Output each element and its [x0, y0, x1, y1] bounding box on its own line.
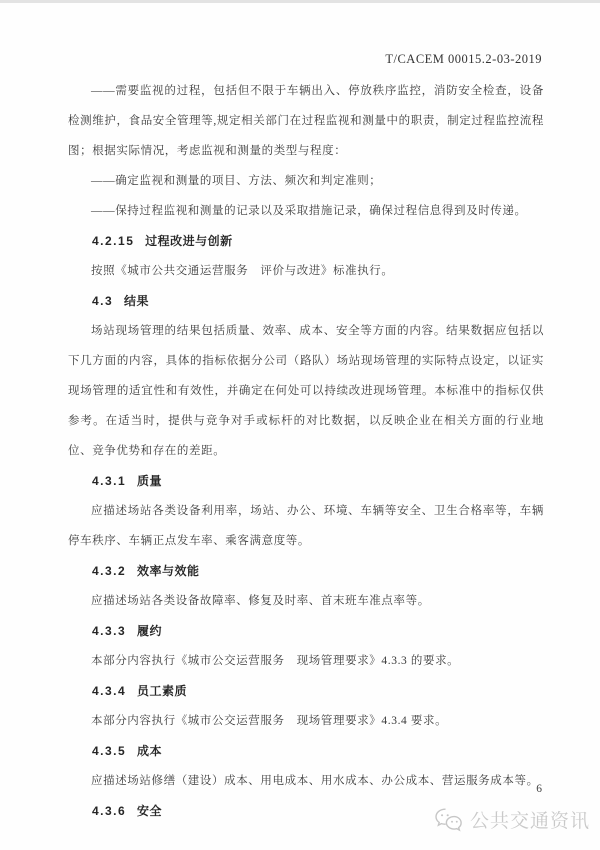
section-heading: 4.3.1质量 — [68, 466, 544, 496]
document-body: ——需要监视的过程，包括但不限于车辆出入、停放秩序监控，消防安全检查，设备检测维… — [68, 76, 544, 826]
section-title: 员工素质 — [137, 684, 187, 698]
paragraph: 场站现场管理的结果包括质量、效率、成本、安全等方面的内容。结果数据应包括以下几方… — [68, 316, 544, 466]
section-heading: 4.3.5成本 — [68, 736, 544, 766]
section-heading: 4.3.2效率与效能 — [68, 556, 544, 586]
section-number: 4.3.5 — [92, 744, 126, 758]
standard-code: T/CACEM 00015.2-03-2019 — [385, 52, 542, 67]
watermark-text: 公共交通资讯 — [470, 806, 590, 833]
section-heading: 4.3结果 — [68, 286, 544, 316]
section-number: 4.3 — [92, 294, 113, 308]
section-title: 履约 — [137, 624, 162, 638]
section-title: 成本 — [137, 744, 162, 758]
paragraph: 应描述场站各类设备利用率，场站、办公、环境、车辆等安全、卫生合格率等，车辆停车秩… — [68, 496, 544, 556]
section-heading: 4.3.4员工素质 — [68, 676, 544, 706]
watermark: 公共交通资讯 — [434, 806, 590, 833]
section-title: 结果 — [124, 294, 149, 308]
scan-top-edge — [0, 0, 600, 3]
document-page: T/CACEM 00015.2-03-2019 ——需要监视的过程，包括但不限于… — [0, 0, 600, 850]
section-title: 效率与效能 — [137, 564, 200, 578]
section-title: 质量 — [137, 474, 162, 488]
section-number: 4.3.3 — [92, 624, 126, 638]
paragraph: ——需要监视的过程，包括但不限于车辆出入、停放秩序监控，消防安全检查，设备检测维… — [68, 76, 544, 166]
paragraph: ——保持过程监视和测量的记录以及采取措施记录，确保过程信息得到及时传递。 — [68, 196, 544, 226]
paragraph: 本部分内容执行《城市公交运营服务 现场管理要求》4.3.3 的要求。 — [68, 646, 544, 676]
wechat-icon — [434, 807, 464, 833]
section-number: 4.3.2 — [92, 564, 126, 578]
page-number: 6 — [536, 783, 542, 795]
paragraph: 本部分内容执行《城市公交运营服务 现场管理要求》4.3.4 要求。 — [68, 706, 544, 736]
section-title: 安全 — [137, 804, 162, 818]
paragraph: 按照《城市公共交通运营服务 评价与改进》标准执行。 — [68, 256, 544, 286]
section-title: 过程改进与创新 — [145, 234, 233, 248]
section-heading: 4.3.3履约 — [68, 616, 544, 646]
section-number: 4.3.1 — [92, 474, 126, 488]
paragraph: ——确定监视和测量的项目、方法、频次和判定准则； — [68, 166, 544, 196]
section-number: 4.3.6 — [92, 804, 126, 818]
paragraph: 应描述场站修缮（建设）成本、用电成本、用水成本、办公成本、营运服务成本等。 — [68, 766, 544, 796]
section-number: 4.3.4 — [92, 684, 126, 698]
section-heading: 4.2.15过程改进与创新 — [68, 226, 544, 256]
section-number: 4.2.15 — [92, 234, 134, 248]
paragraph: 应描述场站各类设备故障率、修复及时率、首末班车准点率等。 — [68, 586, 544, 616]
